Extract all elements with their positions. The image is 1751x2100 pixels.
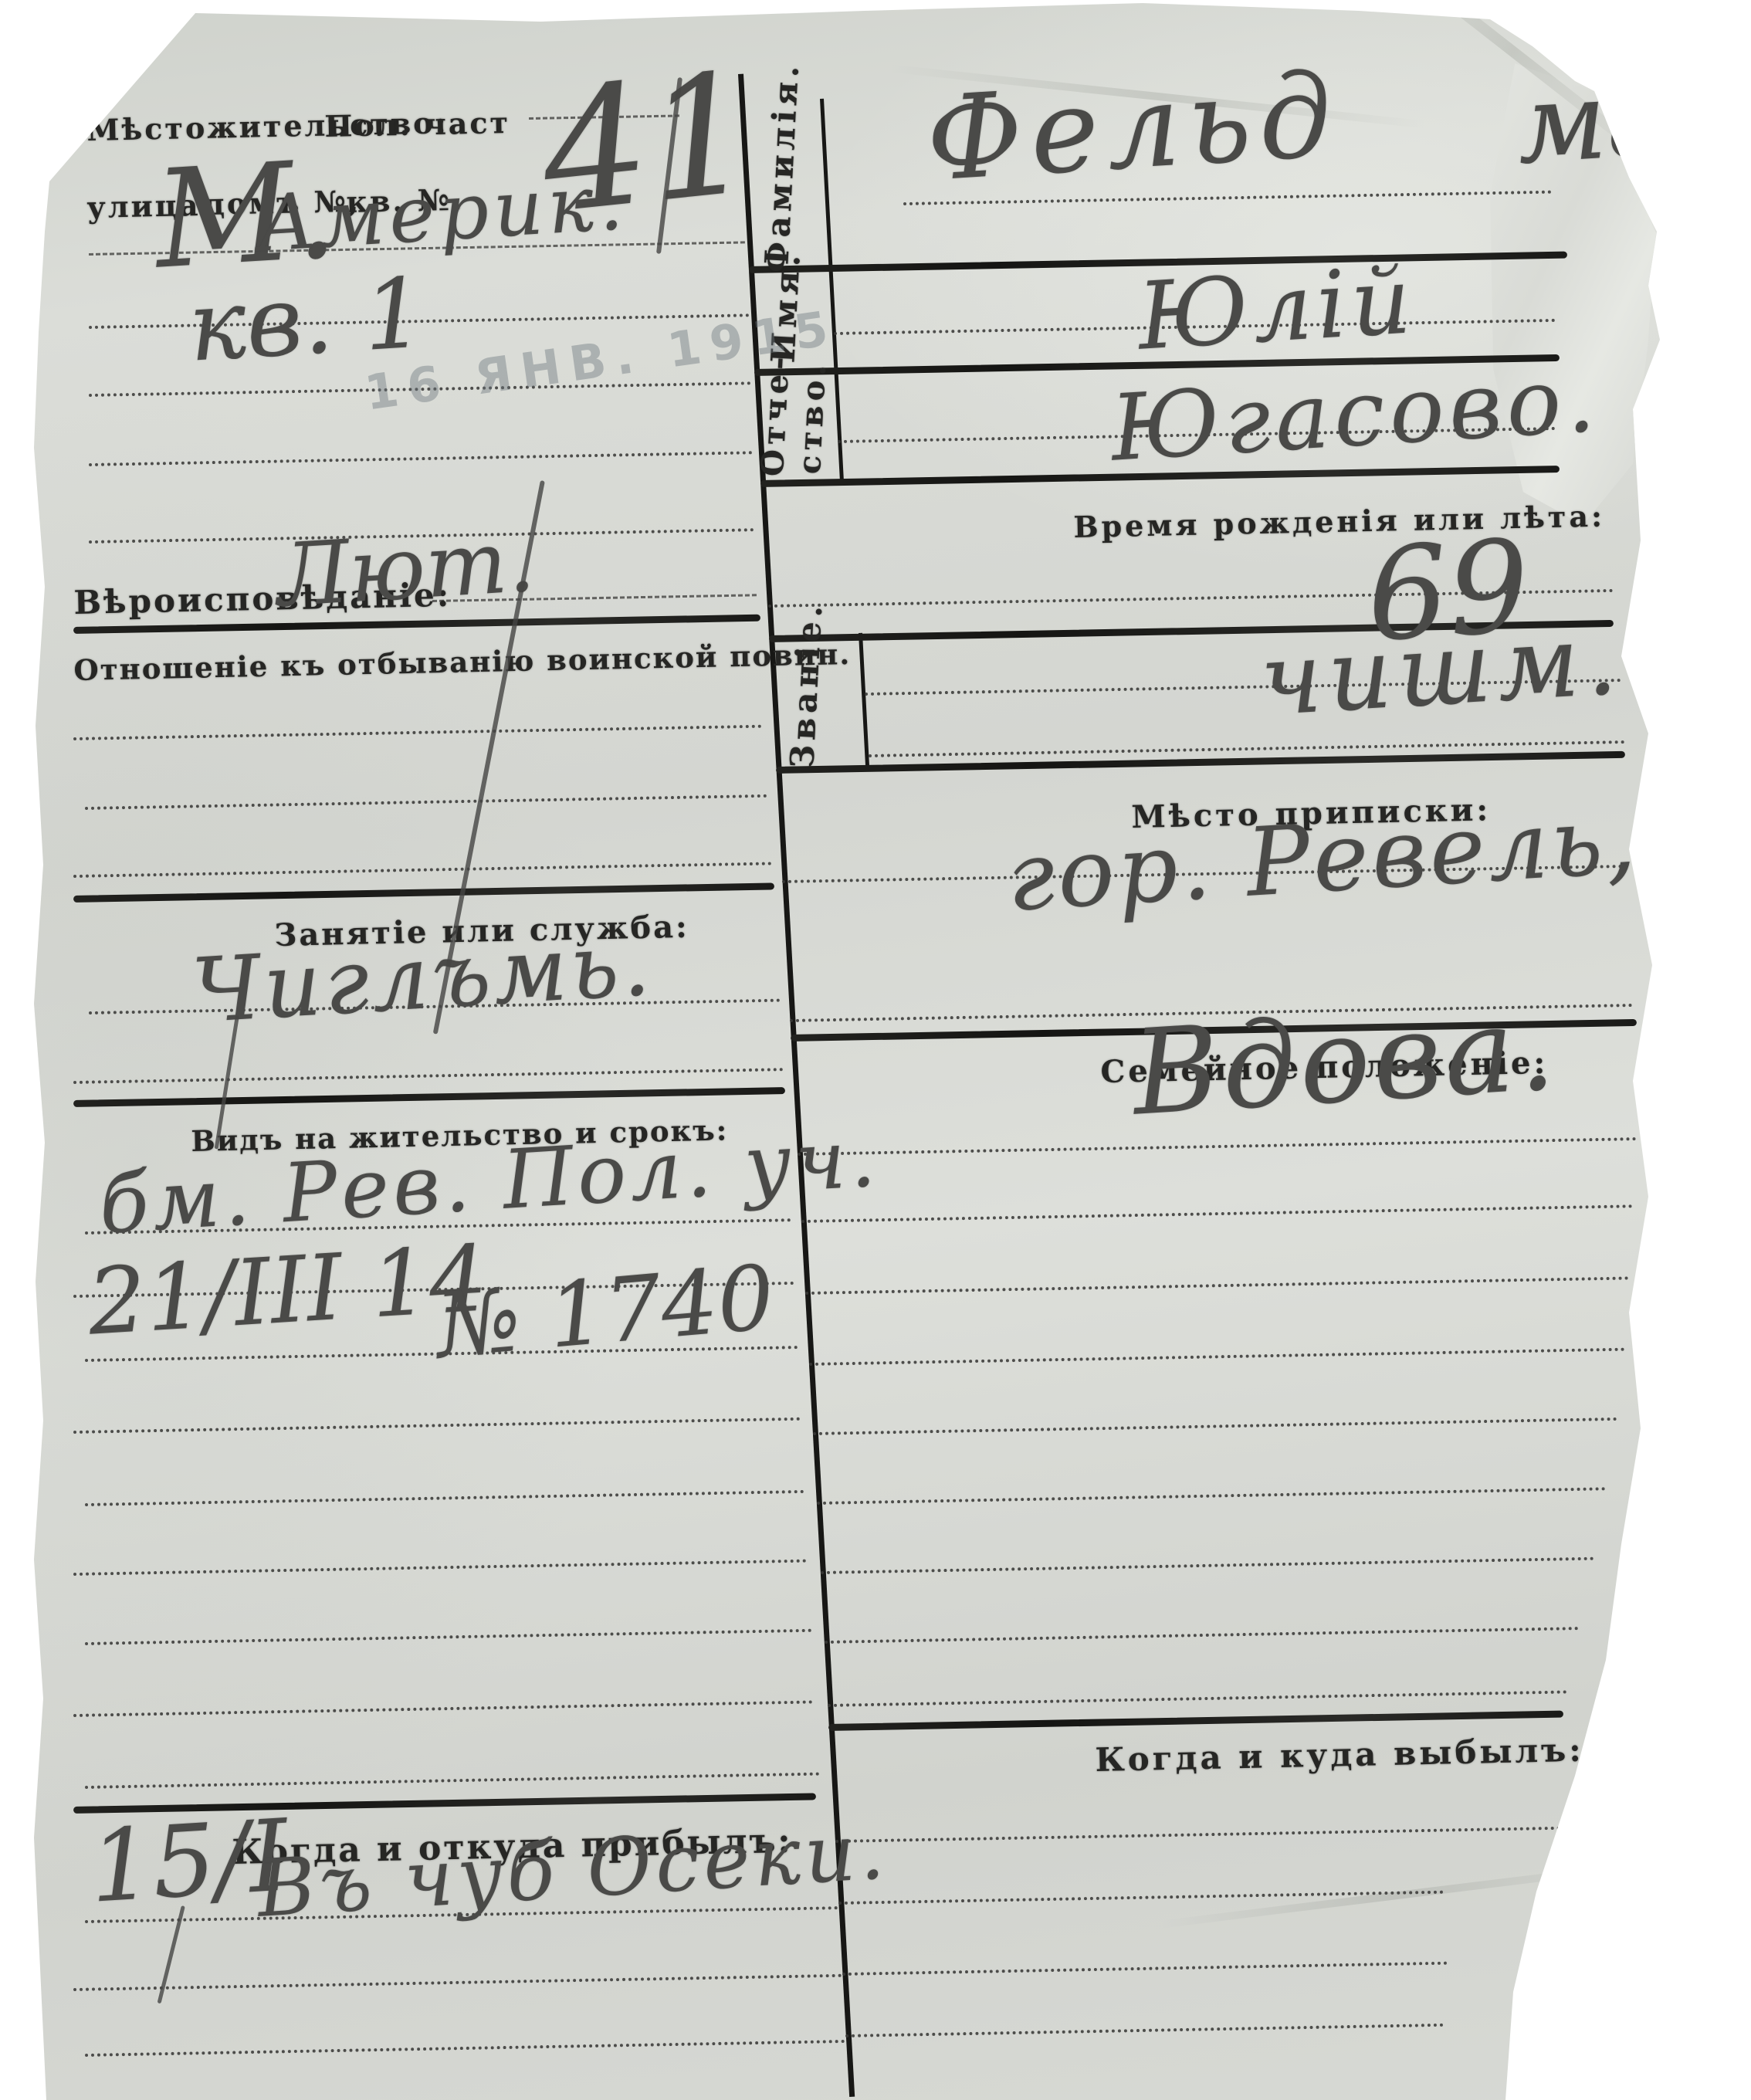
- hw-rank: чишм.: [1257, 601, 1626, 738]
- hw-surname-part2: ман.: [1513, 47, 1751, 188]
- ruled-line: [73, 862, 772, 878]
- ruled-line: [825, 1627, 1579, 1644]
- hw-name: Юлій: [1135, 247, 1418, 371]
- hw-registration-place: гор. Ревель,: [1004, 784, 1641, 933]
- ruled-line: [73, 1417, 801, 1434]
- section-rule: [73, 882, 774, 903]
- ruled-line: [85, 1773, 820, 1789]
- ink-smudge: [2, 176, 37, 225]
- hw-house-number: 41: [533, 36, 763, 250]
- hw-family-status: Вдова.: [1129, 979, 1562, 1141]
- ruled-line: [73, 1974, 842, 1991]
- ruled-line: [89, 451, 753, 466]
- section-rule: [73, 1087, 785, 1107]
- patronymic-label-line2: ство.: [791, 381, 832, 475]
- ruled-line: [73, 725, 762, 740]
- rank-label: Званіе.: [783, 655, 827, 769]
- patronymic-label-line1: Отче-: [754, 379, 795, 477]
- police-part-label: Пол. част: [324, 105, 510, 144]
- ruled-line: [85, 1629, 812, 1645]
- hw-arrived-from: Въ чуб Осеки.: [255, 1805, 891, 1936]
- ruled-line: [801, 1204, 1633, 1223]
- ruled-line: [85, 2040, 845, 2057]
- departed-label: Когда и куда выбылъ:: [1095, 1731, 1584, 1779]
- ruled-line: [845, 2024, 1444, 2037]
- label-box-line: [859, 633, 869, 769]
- ruled-line: [73, 1068, 784, 1084]
- military-service-label: Отношеніе къ отбыванію воинской повин.: [73, 637, 852, 687]
- ruled-line: [817, 1487, 1606, 1505]
- scanned-document-page: Мѣстожительство: Пол. част улица домъ №,…: [0, 0, 1751, 2100]
- ruled-line: [842, 1962, 1448, 1976]
- ink-smudge: [9, 229, 34, 264]
- ruled-line: [828, 1690, 1567, 1707]
- hw-apartment: кв. 1: [185, 257, 428, 383]
- hw-occupation: Чиглъмь.: [189, 913, 656, 1044]
- ruled-line: [73, 1560, 807, 1576]
- ruled-line: [821, 1557, 1594, 1574]
- ruled-line: [813, 1417, 1617, 1435]
- ruled-line: [85, 1490, 804, 1506]
- hw-religion: Лют.: [274, 511, 537, 627]
- hw-surname-part1: Фельд: [923, 48, 1343, 207]
- ruled-line: [835, 1827, 1567, 1843]
- ruled-line: [73, 1700, 813, 1717]
- ruled-line: [809, 1348, 1625, 1366]
- ruled-line: [805, 1276, 1629, 1295]
- ruled-line: [85, 794, 767, 810]
- section-rule: [828, 1711, 1563, 1731]
- paper-sheet: Мѣстожительство: Пол. част улица домъ №,…: [0, 0, 1751, 2100]
- ruled-line: [798, 1137, 1637, 1156]
